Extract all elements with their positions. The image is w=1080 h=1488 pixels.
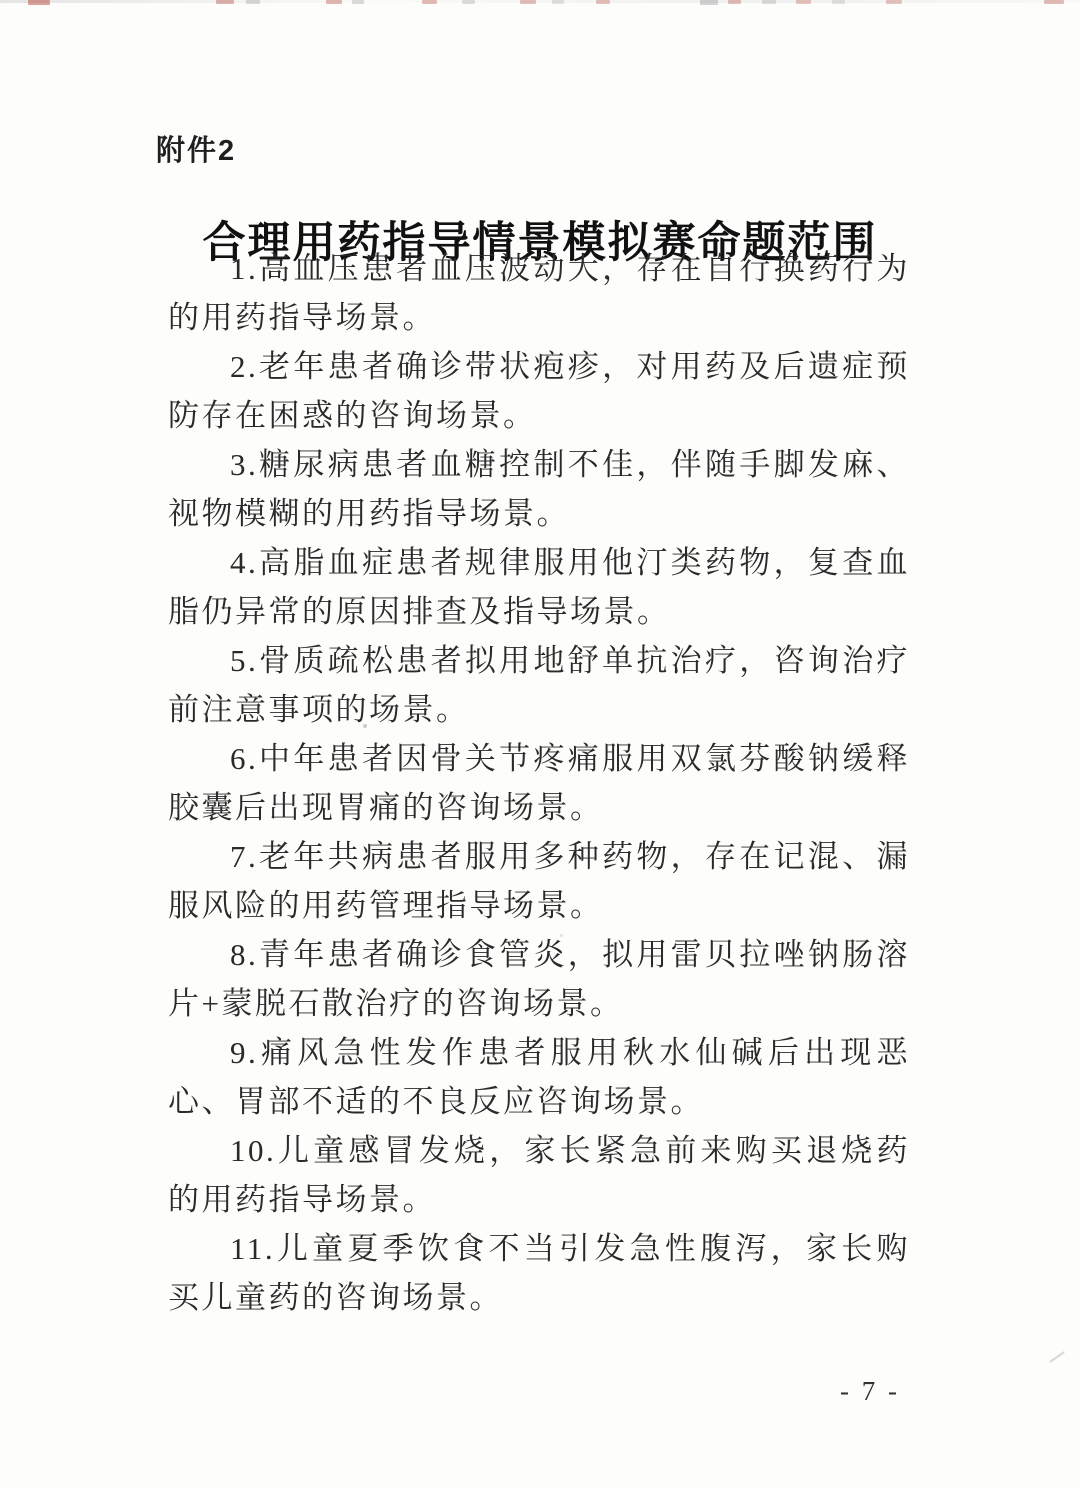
scan-artifact [1044, 0, 1064, 4]
scan-artifact [552, 0, 564, 4]
scan-artifact [796, 0, 811, 4]
list-item: 5.骨质疏松患者拟用地舒单抗治疗，咨询治疗前注意事项的场景。 [168, 636, 910, 734]
list-item: 10.儿童感冒发烧，家长紧急前来购买退烧药的用药指导场景。 [168, 1126, 910, 1224]
scan-artifact [700, 0, 718, 5]
scanned-document-page: 附件2 合理用药指导情景模拟赛命题范围 1.高血压患者血压波动大，存在自行换药行… [0, 0, 1080, 1488]
scan-artifact [246, 0, 260, 4]
scan-artifact [352, 0, 364, 4]
list-item: 11.儿童夏季饮食不当引发急性腹泻，家长购买儿童药的咨询场景。 [168, 1224, 910, 1322]
scan-artifact [886, 0, 902, 4]
scan-artifact [326, 0, 342, 4]
attachment-label: 附件2 [156, 128, 236, 169]
list-item: 6.中年患者因骨关节疼痛服用双氯芬酸钠缓释胶囊后出现胃痛的咨询场景。 [168, 734, 910, 832]
scan-artifact [762, 0, 776, 4]
scan-artifact [422, 0, 437, 4]
scan-artifact [462, 0, 475, 4]
items-list: 1.高血压患者血压波动大，存在自行换药行为的用药指导场景。 2.老年患者确诊带状… [168, 244, 910, 1322]
scan-artifact [28, 0, 50, 5]
scan-artifact [728, 0, 741, 4]
scan-artifact [832, 0, 845, 4]
scan-artifact [1049, 1351, 1065, 1363]
list-item: 9.痛风急性发作患者服用秋水仙碱后出现恶心、胃部不适的不良反应咨询场景。 [168, 1028, 910, 1126]
list-item: 2.老年患者确诊带状疱疹，对用药及后遗症预防存在困惑的咨询场景。 [168, 342, 910, 440]
scan-artifact [596, 0, 610, 4]
list-item: 4.高脂血症患者规律服用他汀类药物，复查血脂仍异常的原因排查及指导场景。 [168, 538, 910, 636]
list-item: 3.糖尿病患者血糖控制不佳，伴随手脚发麻、视物模糊的用药指导场景。 [168, 440, 910, 538]
list-item: 7.老年共病患者服用多种药物，存在记混、漏服风险的用药管理指导场景。 [168, 832, 910, 930]
list-item: 8.青年患者确诊食管炎，拟用雷贝拉唑钠肠溶片+蒙脱石散治疗的咨询场景。 [168, 930, 910, 1028]
list-item: 1.高血压患者血压波动大，存在自行换药行为的用药指导场景。 [168, 244, 910, 342]
scan-artifact [520, 0, 536, 4]
scan-artifact-strip [0, 0, 1080, 3]
page-number: - 7 - [840, 1376, 900, 1407]
scan-artifact [216, 0, 234, 4]
